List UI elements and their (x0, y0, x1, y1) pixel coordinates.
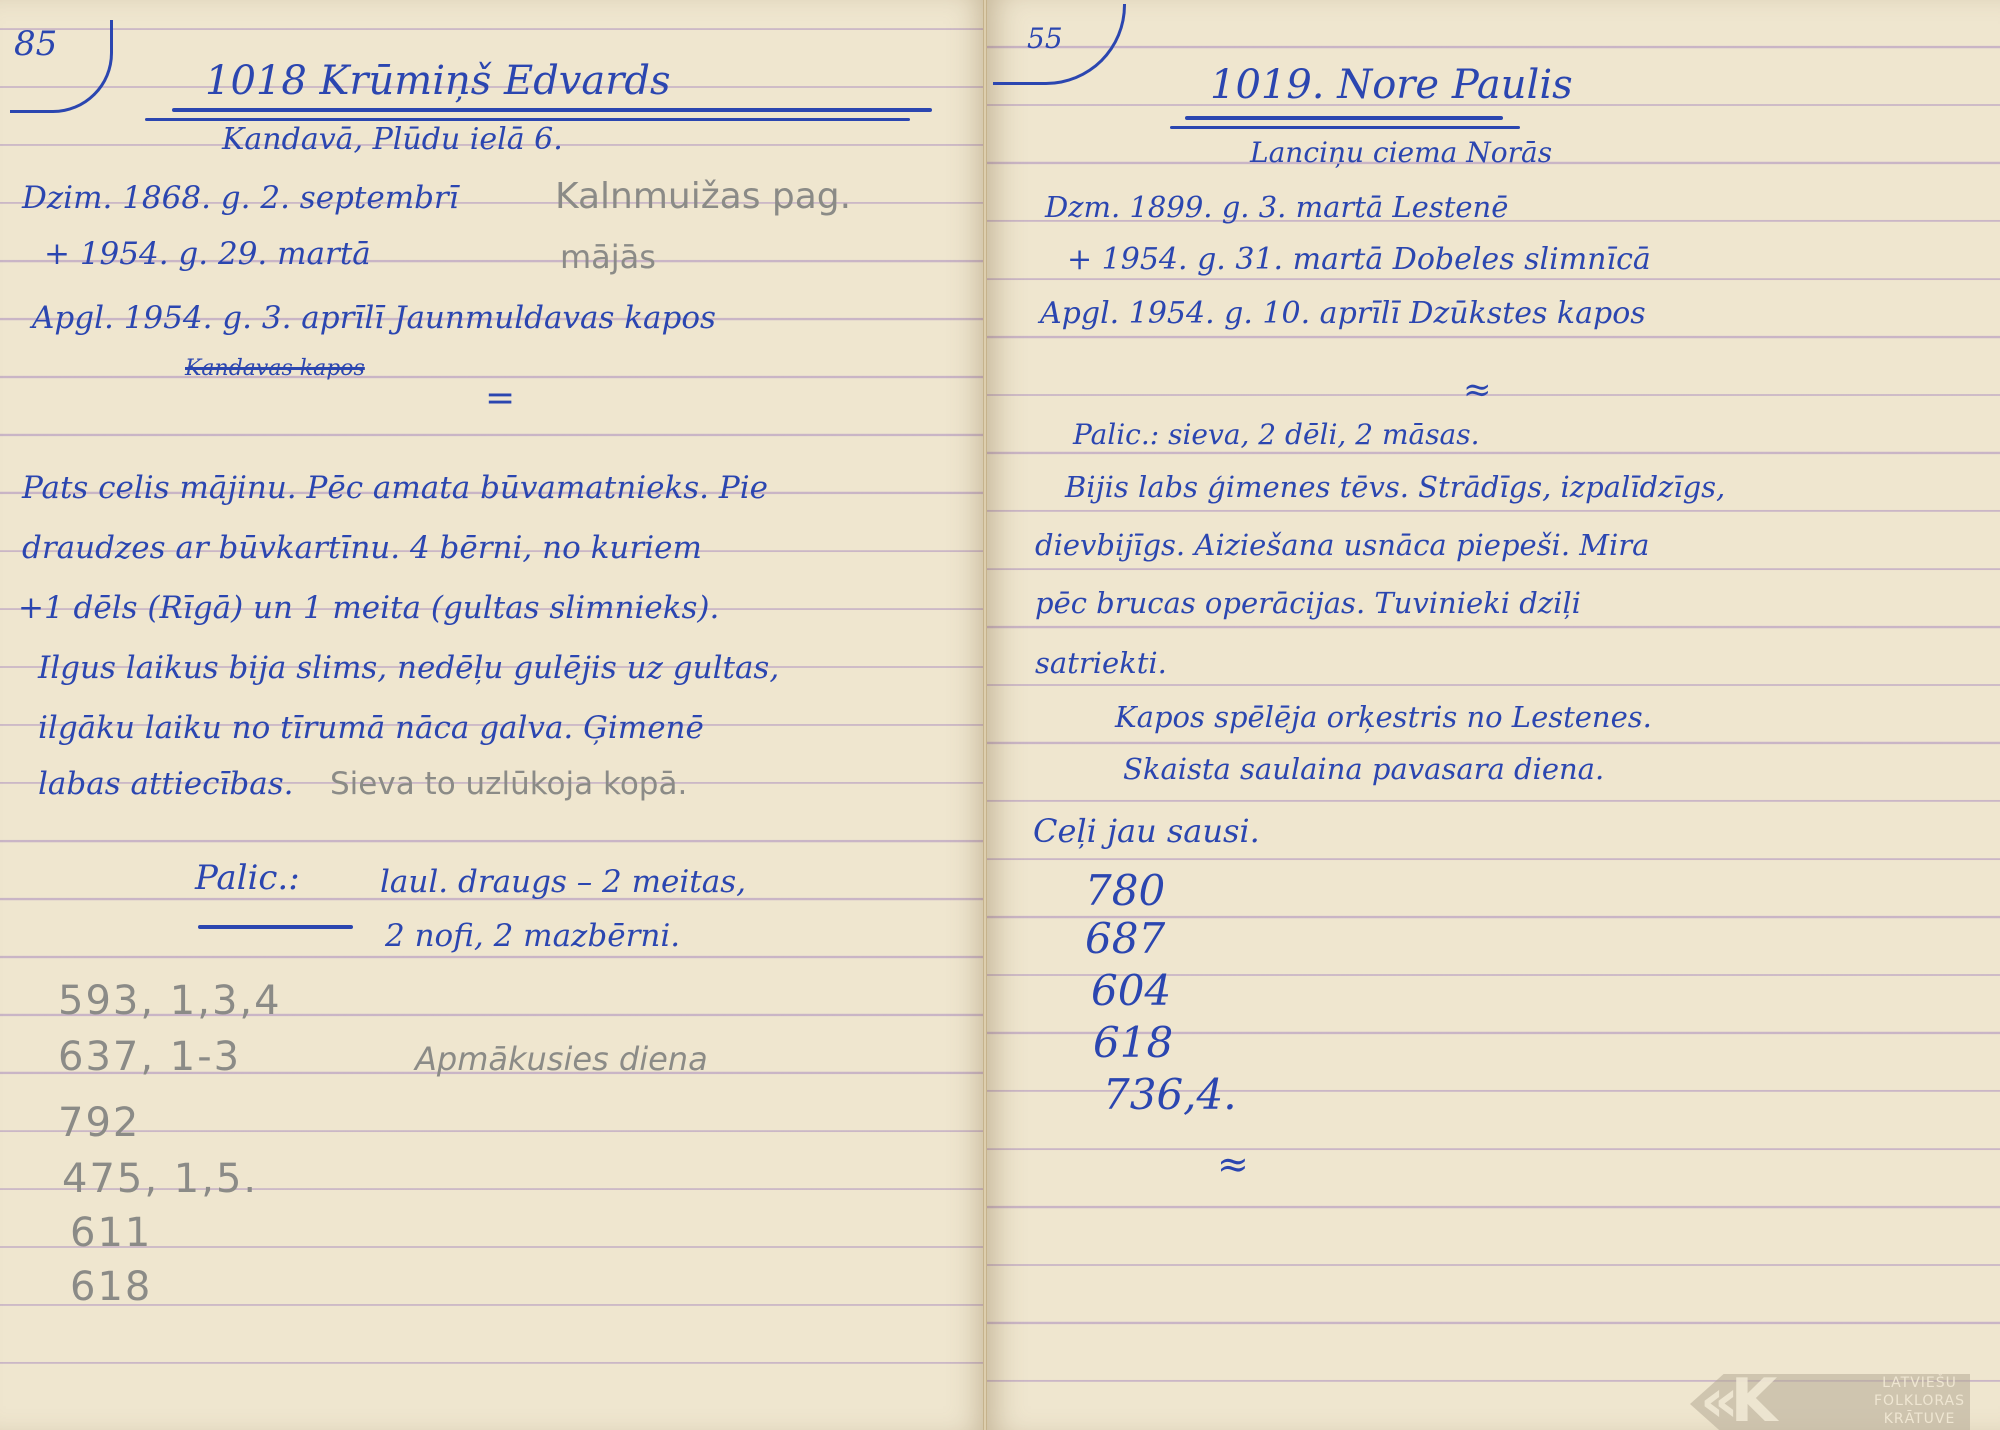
notebook-spread: 85 1018 Krūmiņš Edvards Kandavā, Plūdu i… (0, 0, 2000, 1430)
death-line: + 1954. g. 31. martā Dobeles slimnīcā (1067, 242, 1651, 277)
death-place-pencil: mājās (560, 238, 656, 276)
pencil-number: 611 (70, 1210, 152, 1256)
body-line-3: +1 dēls (Rīgā) un 1 meita (gultas slimni… (18, 590, 719, 626)
title-underline-2 (1170, 126, 1520, 129)
body-line-5: Kapos spēlēja orķestris no Lestenes. (1115, 700, 1652, 734)
page-number-arc (993, 4, 1126, 85)
pencil-number: 637, 1-3 (58, 1034, 241, 1080)
address: Kandavā, Plūdu ielā 6. (222, 122, 563, 157)
survivors-underline (198, 925, 353, 929)
ink-number: 618 (1093, 1018, 1173, 1067)
body-line-2: draudzes ar būvkartīnu. 4 bērni, no kuri… (22, 530, 702, 566)
entry-title: 1019. Nore Paulis (1210, 62, 1573, 108)
title-underline (172, 108, 932, 112)
body-line-4: satriekti. (1035, 646, 1167, 680)
burial-line: Apgl. 1954. g. 10. aprīlī Dzūkstes kapos (1040, 296, 1646, 331)
body-line-1: Bijis labs ģimenes tēvs. Strādīgs, izpal… (1065, 470, 1725, 504)
title-underline-2 (145, 118, 910, 121)
ink-number: 780 (1085, 866, 1165, 915)
body-line-6: Skaista saulaina pavasara diena. (1123, 752, 1604, 786)
separator-mark: = (485, 378, 515, 419)
archive-name-line-2: FOLKLORAS (1874, 1392, 1965, 1410)
ink-number: 687 (1085, 914, 1165, 963)
left-page: 85 1018 Krūmiņš Edvards Kandavā, Plūdu i… (0, 0, 985, 1430)
archive-name: LATVIEŠU FOLKLORAS KRĀTUVE (1874, 1374, 1965, 1428)
pencil-number: 618 (70, 1264, 152, 1310)
body-line-2: dievbijīgs. Aiziešana usnāca piepeši. Mi… (1035, 528, 1649, 562)
birth-line: Dzm. 1899. g. 3. martā Lestenē (1045, 190, 1508, 224)
right-page: 55 1019. Nore Paulis Lanciņu ciema Norās… (985, 0, 2000, 1430)
book-spine (983, 0, 987, 1430)
survivors-line-1: laul. draugs – 2 meitas, (380, 864, 746, 900)
survivors-label: Palic.: (195, 858, 300, 898)
body-line-4: Ilgus laikus bija slims, nedēļu gulējis … (38, 650, 779, 686)
survivors-line-2: 2 nofi, 2 mazbērni. (385, 918, 680, 954)
ink-number: 736,4. (1103, 1070, 1237, 1119)
burial-line: Apgl. 1954. g. 3. aprīlī Jaunmuldavas ka… (32, 300, 716, 336)
struck-out-text: Kandavas kapos (185, 356, 365, 381)
end-mark: ≈ (1217, 1142, 1249, 1186)
archive-logo-icon: «K (1700, 1366, 1769, 1430)
death-line: + 1954. g. 29. martā (44, 236, 371, 272)
separator-mark: ≈ (1463, 370, 1492, 410)
ink-number: 604 (1091, 966, 1171, 1015)
body-line-6: labas attiecības. (38, 766, 294, 802)
body-line-1: Pats celis mājinu. Pēc amata būvamatniek… (22, 470, 768, 506)
pencil-number: 475, 1,5. (62, 1156, 258, 1202)
pencil-number: 792 (58, 1100, 140, 1146)
title-underline (1185, 116, 1503, 120)
birth-place-pencil: Kalnmuižas pag. (555, 176, 851, 217)
page-number-arc (10, 20, 113, 113)
body-line-6-pencil: Sieva to uzlūkoja kopā. (330, 766, 687, 802)
survivors-line: Palic.: sieva, 2 dēli, 2 māsas. (1073, 418, 1480, 451)
entry-title: 1018 Krūmiņš Edvards (205, 58, 671, 104)
archive-name-line-3: KRĀTUVE (1874, 1410, 1965, 1428)
body-line-5: ilgāku laiku no tīrumā nāca galva. Ģimen… (38, 710, 704, 746)
body-line-7: Ceļi jau sausi. (1033, 812, 1260, 850)
address: Lanciņu ciema Norās (1250, 136, 1552, 169)
pencil-number: 593, 1,3,4 (58, 978, 282, 1024)
birth-line: Dzim. 1868. g. 2. septembrī (22, 180, 459, 216)
pencil-weather-note: Apmākusies diena (415, 1040, 708, 1078)
archive-name-line-1: LATVIEŠU (1874, 1374, 1965, 1392)
body-line-3: pēc brucas operācijas. Tuvinieki dziļi (1035, 586, 1581, 620)
